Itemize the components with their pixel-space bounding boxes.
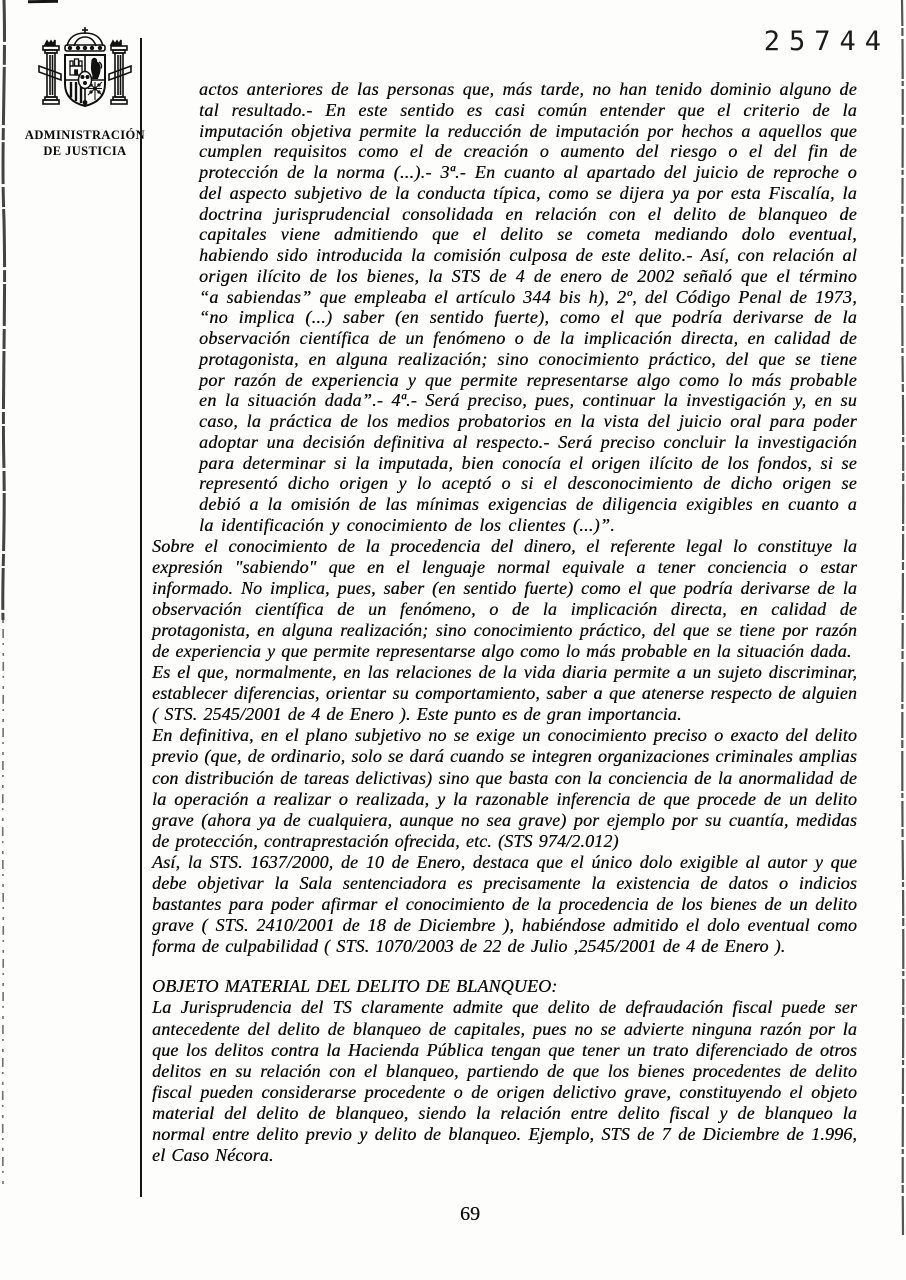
coat-of-arms-icon — [37, 24, 133, 124]
paragraph-vida-diaria: Es el que, normalmente, en las relacione… — [152, 662, 857, 725]
paragraph-en-definitiva: En definitiva, en el plano subjetivo no … — [152, 725, 857, 852]
scan-artifact-right-edge — [896, 0, 906, 1280]
folio-number: 25744 — [764, 26, 890, 57]
paragraph-sts-1637-2000: Así, la STS. 1637/2000, de 10 de Enero, … — [152, 852, 857, 957]
letterhead-org-line2: DE JUSTICIA — [22, 143, 148, 159]
paragraph-jurisprudencia-ts: La Jurisprudencia del TS claramente admi… — [152, 997, 857, 1166]
quoted-doctrine-block: actos anteriores de las personas que, má… — [199, 79, 857, 536]
vertical-divider — [140, 38, 142, 1197]
document-body: actos anteriores de las personas que, má… — [152, 79, 857, 1166]
scan-artifact-left-edge — [0, 0, 14, 1280]
section-heading-objeto-material: OBJETO MATERIAL DEL DELITO DE BLANQUEO: — [152, 976, 857, 997]
letterhead: ADMINISTRACIÓN DE JUSTICIA — [22, 127, 148, 159]
page-number: 69 — [430, 1203, 510, 1226]
scan-artifact-top-tick — [28, 0, 58, 3]
paragraph-conocimiento-procedencia: Sobre el conocimiento de la procedencia … — [152, 536, 857, 663]
letterhead-org-line1: ADMINISTRACIÓN — [22, 127, 148, 143]
document-page: ADMINISTRACIÓN DE JUSTICIA 25744 actos a… — [0, 0, 906, 1280]
